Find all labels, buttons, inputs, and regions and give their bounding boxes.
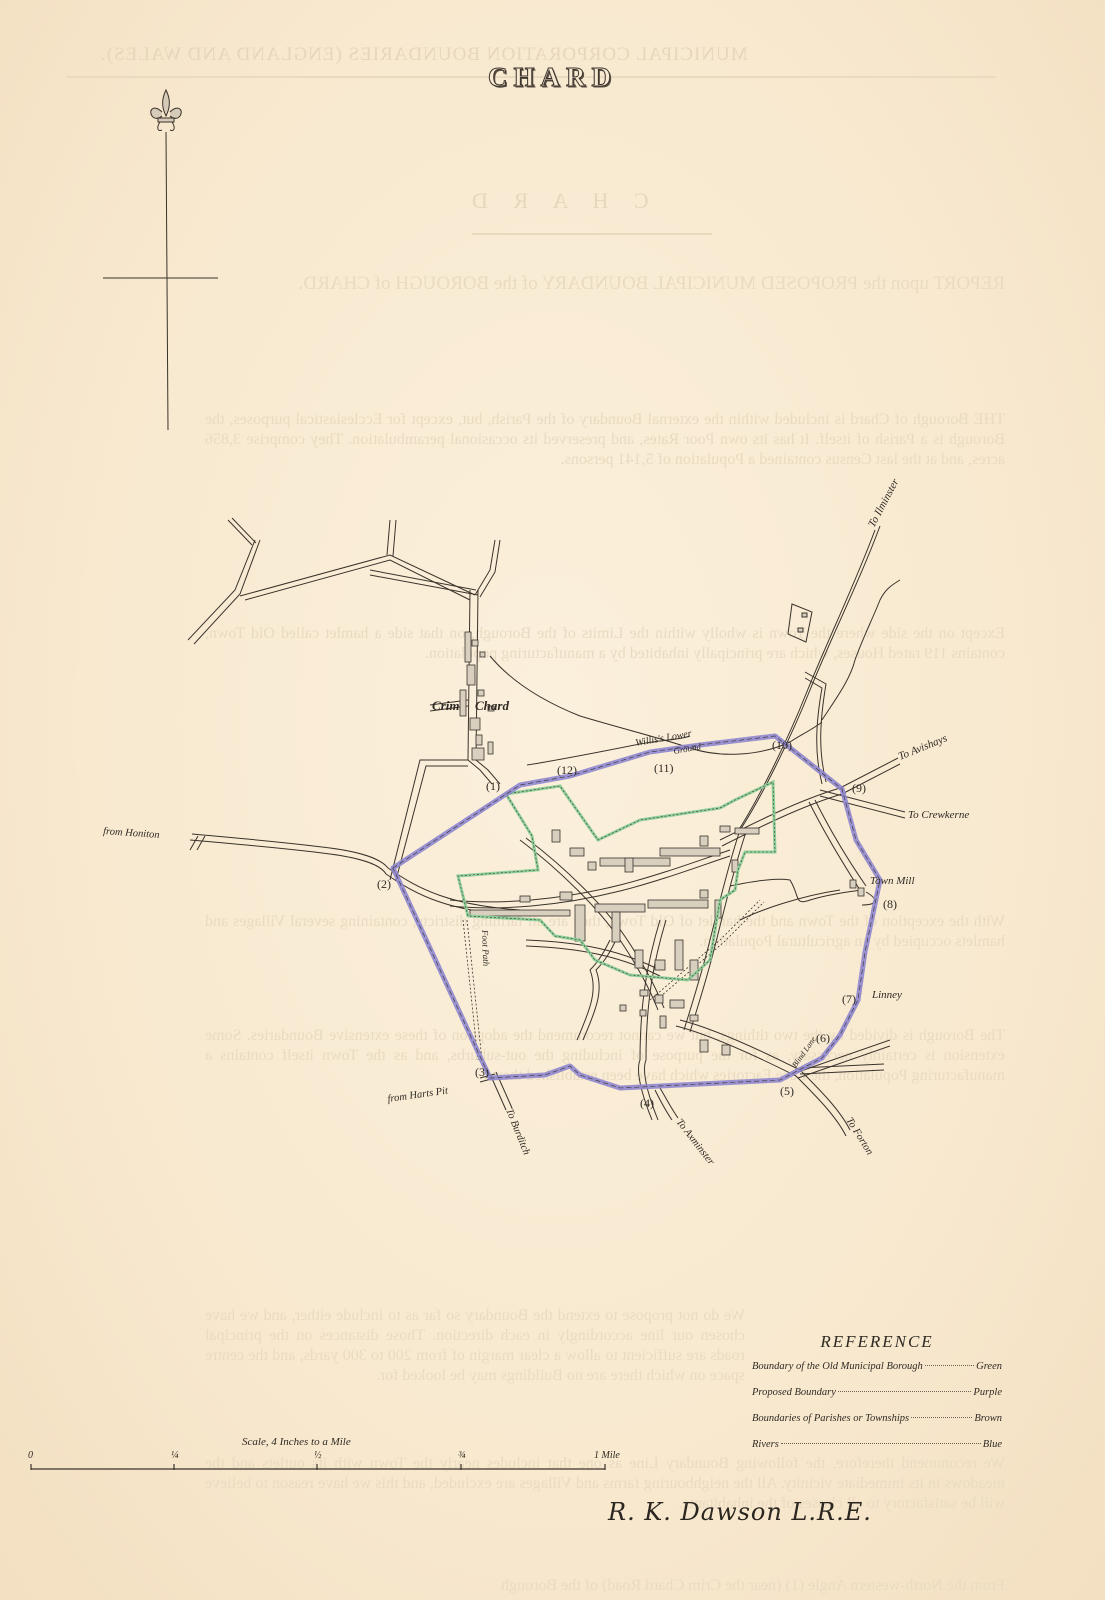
reference-color: Green: [976, 1361, 1002, 1372]
road-label-from-honiton: from Honiton: [103, 826, 160, 841]
label-chard: Chard: [475, 698, 509, 713]
fleur-de-lis-north-arrow-icon: [103, 90, 218, 430]
scale-caption: Scale, 4 Inches to a Mile: [242, 1436, 351, 1448]
old-municipal-boundary: [458, 782, 775, 980]
boundary-point-1: (1): [486, 779, 500, 793]
roads: [188, 518, 905, 1136]
boundary-point-10: (10): [772, 738, 792, 752]
reference-label: Rivers: [752, 1439, 779, 1450]
reference-row-parishes: Boundaries of Parishes or Townships Brow…: [752, 1413, 1002, 1439]
boundary-point-7: (7): [842, 992, 856, 1006]
road-label-to-burditch: To Burditch: [503, 1107, 532, 1157]
label-foot-path: Foot Path: [480, 929, 491, 967]
buildings: [460, 632, 864, 1055]
reference-label: Proposed Boundary: [752, 1387, 836, 1398]
leader-dots: [781, 1443, 981, 1444]
surveyor-signature: R. K. Dawson L.R.E.: [608, 1498, 872, 1526]
scale-tick-quarter: ¼: [171, 1450, 179, 1461]
reference-label: Boundary of the Old Municipal Borough: [752, 1361, 923, 1372]
boundary-point-11: (11): [654, 761, 674, 775]
reference-title: REFERENCE: [752, 1332, 1002, 1352]
label-linney: Linney: [871, 989, 902, 1001]
reference-row-rivers: Rivers Blue: [752, 1439, 1002, 1465]
boundary-point-markers: (1) (2) (3) (4) (5) (6) (7) (8) (9) (10)…: [377, 738, 897, 1110]
road-label-to-axminster: To Axminster: [674, 1117, 717, 1168]
boundary-point-4: (4): [640, 1096, 654, 1110]
scale-tick-three-quarter: ¾: [458, 1450, 466, 1461]
reference-label: Boundaries of Parishes or Townships: [752, 1413, 909, 1424]
reference-row-old-boundary: Boundary of the Old Municipal Borough Gr…: [752, 1361, 1002, 1387]
boundary-point-3: (3): [475, 1065, 489, 1079]
scale-tick-half: ½: [314, 1450, 322, 1461]
boundary-point-8: (8): [883, 897, 897, 911]
reference-legend: REFERENCE Boundary of the Old Municipal …: [752, 1332, 1002, 1465]
reference-color: Purple: [973, 1387, 1002, 1398]
boundary-point-5: (5): [780, 1084, 794, 1098]
scale-tick-0: 0: [28, 1450, 33, 1461]
boundary-point-2: (2): [377, 877, 391, 891]
road-label-to-avishays: To Avishays: [897, 732, 949, 762]
boundary-point-9: (9): [852, 781, 866, 795]
road-label-to-crewkerne: To Crewkerne: [908, 809, 969, 821]
reference-color: Brown: [974, 1413, 1002, 1424]
old-boundary-dashes: [458, 782, 775, 980]
scale-bar: [31, 1464, 605, 1470]
road-label-to-forton: To Forton: [843, 1116, 875, 1157]
road-label-to-ilminster: To Ilminster: [866, 476, 902, 529]
reference-color: Blue: [983, 1439, 1002, 1450]
road-label-from-harts-pit: from Harts Pit: [387, 1085, 450, 1105]
leader-dots: [911, 1417, 972, 1418]
scale-tick-one-mile: 1 Mile: [594, 1450, 620, 1461]
label-town-mill: Town Mill: [870, 875, 915, 887]
leader-dots: [925, 1365, 974, 1366]
label-crim: Crim: [432, 698, 459, 713]
boundary-point-12: (12): [557, 763, 577, 777]
reference-row-proposed-boundary: Proposed Boundary Purple: [752, 1387, 1002, 1413]
leader-dots: [838, 1391, 972, 1392]
boundary-point-6: (6): [816, 1031, 830, 1045]
